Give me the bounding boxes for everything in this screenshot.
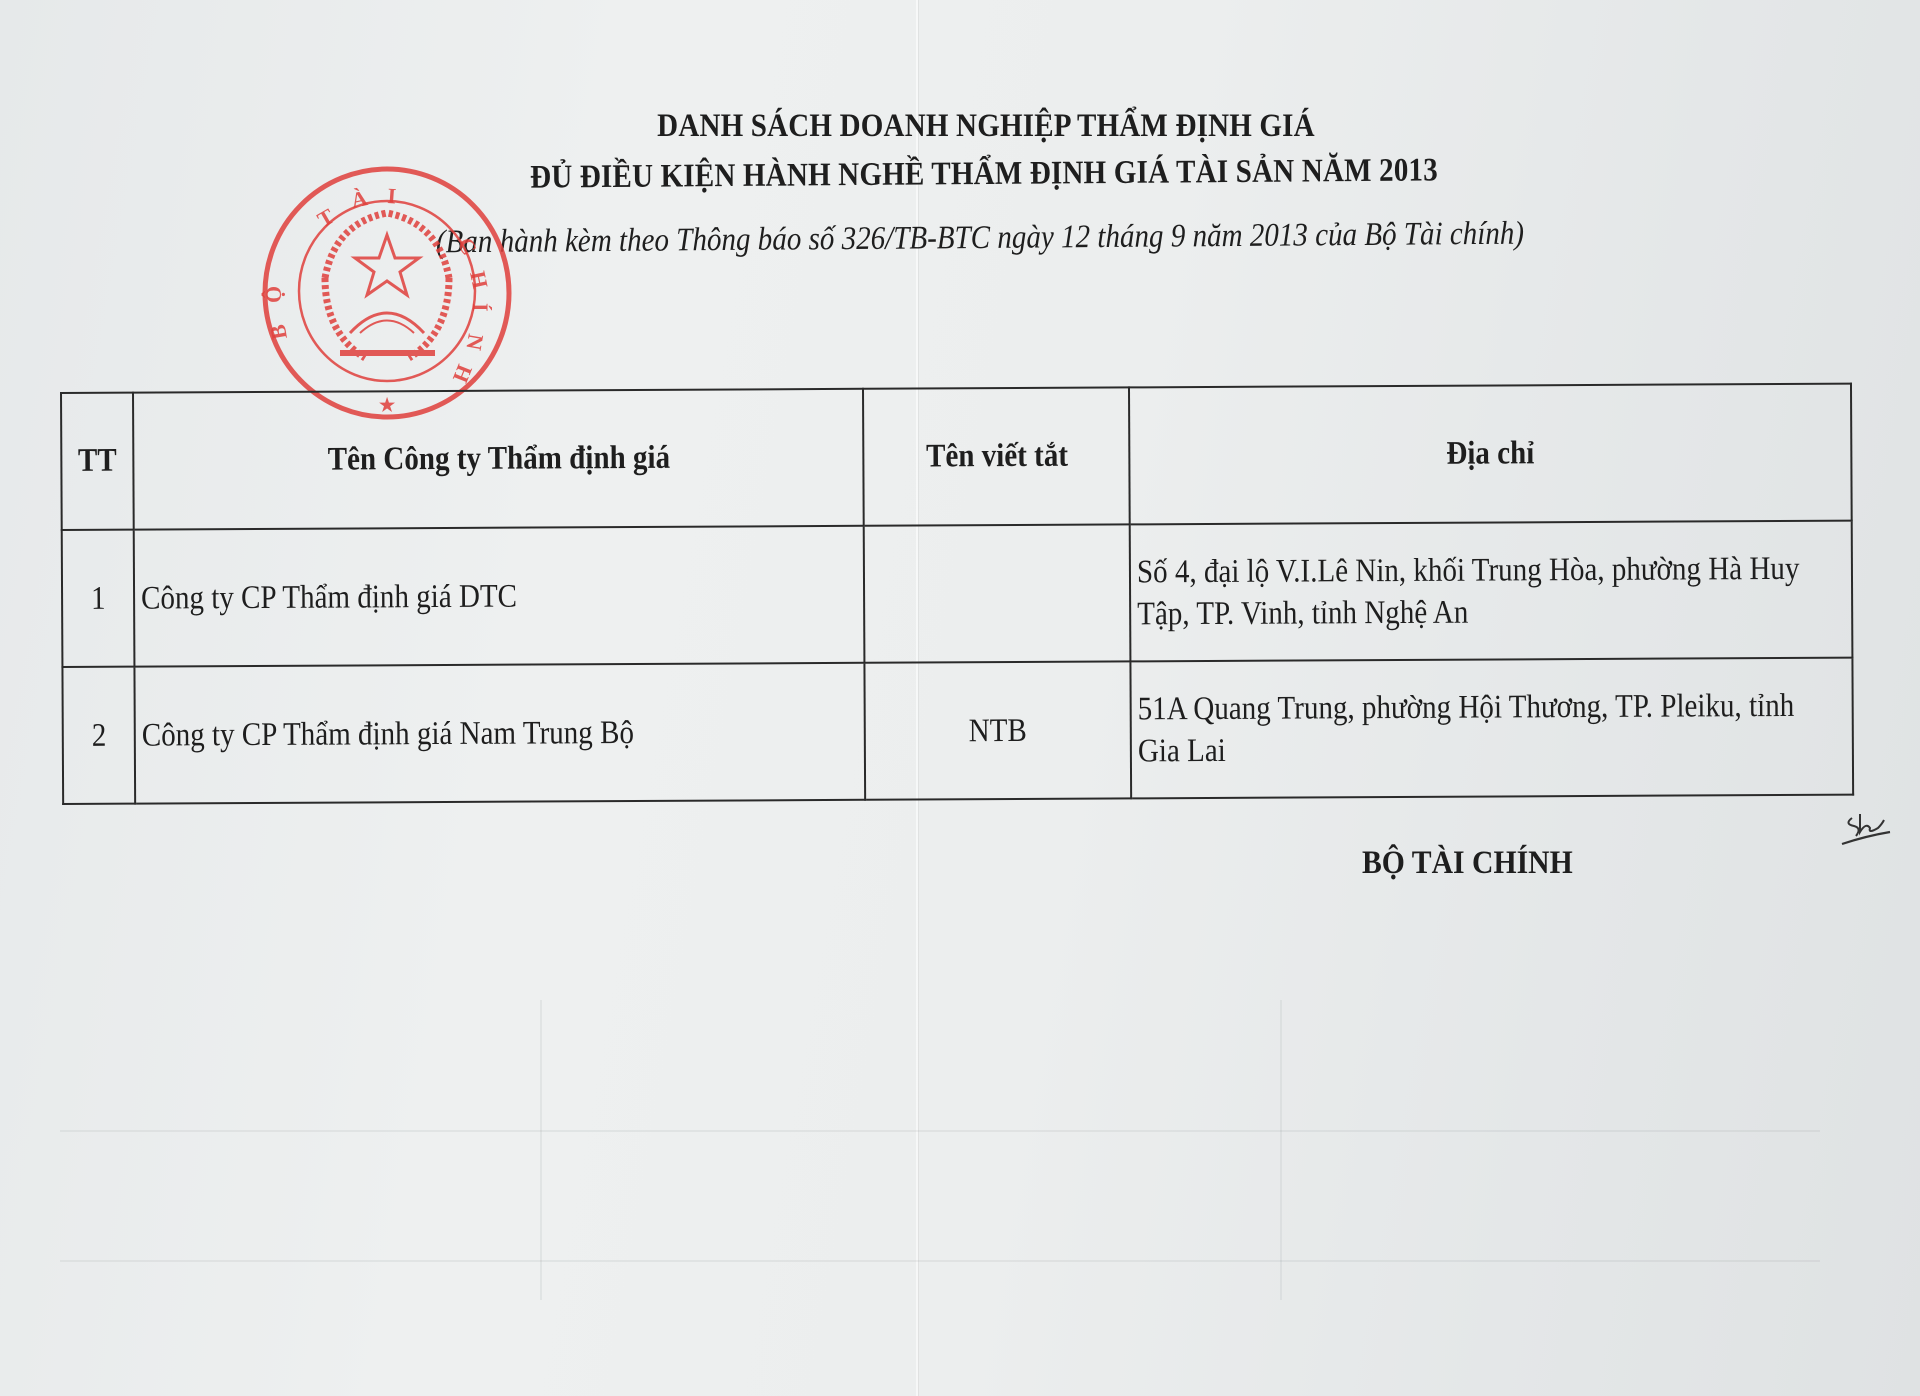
header-company-name: Tên Công ty Thẩm định giá xyxy=(133,389,864,530)
table-row: 1 Công ty CP Thẩm định giá DTC Số 4, đại… xyxy=(62,521,1853,667)
header-address: Địa chỉ xyxy=(1129,384,1852,525)
svg-text:I: I xyxy=(387,183,397,209)
issuer-signature-block: BỘ TÀI CHÍNH xyxy=(1362,845,1573,882)
bleed-through-line xyxy=(60,1130,1820,1132)
cell-address: 51A Quang Trung, phường Hội Thương, TP. … xyxy=(1130,658,1853,799)
document-title-line-1: DANH SÁCH DOANH NGHIỆP THẨM ĐỊNH GIÁ xyxy=(141,108,1831,145)
table-header-row: TT Tên Công ty Thẩm định giá Tên viết tắ… xyxy=(61,384,1852,530)
header-tt: TT xyxy=(61,393,134,530)
bleed-through-line xyxy=(60,1260,1820,1262)
cell-tt: 2 xyxy=(62,667,135,804)
svg-text:H: H xyxy=(465,269,493,291)
svg-text:Ộ: Ộ xyxy=(261,286,286,303)
cell-company-name: Công ty CP Thẩm định giá DTC xyxy=(134,526,865,667)
cell-abbreviation: NTB xyxy=(865,661,1131,799)
signature-initials-icon xyxy=(1838,810,1894,850)
enterprise-table: TT Tên Công ty Thẩm định giá Tên viết tắ… xyxy=(60,383,1854,805)
cell-company-name: Công ty CP Thẩm định giá Nam Trung Bộ xyxy=(134,663,865,804)
svg-text:N: N xyxy=(461,332,488,352)
bleed-through-line xyxy=(1280,1000,1282,1300)
header-abbreviation: Tên viết tắt xyxy=(863,387,1129,525)
cell-address: Số 4, đại lộ V.I.Lê Nin, khối Trung Hòa,… xyxy=(1130,521,1853,662)
table-row: 2 Công ty CP Thẩm định giá Nam Trung Bộ … xyxy=(62,658,1853,804)
bleed-through-line xyxy=(540,1000,542,1300)
cell-abbreviation xyxy=(864,524,1130,662)
national-emblem-icon: T À I C H Í N H B Ộ ★ xyxy=(255,163,520,428)
cell-tt: 1 xyxy=(62,530,135,667)
svg-text:Í: Í xyxy=(468,303,493,312)
svg-text:H: H xyxy=(448,361,478,386)
